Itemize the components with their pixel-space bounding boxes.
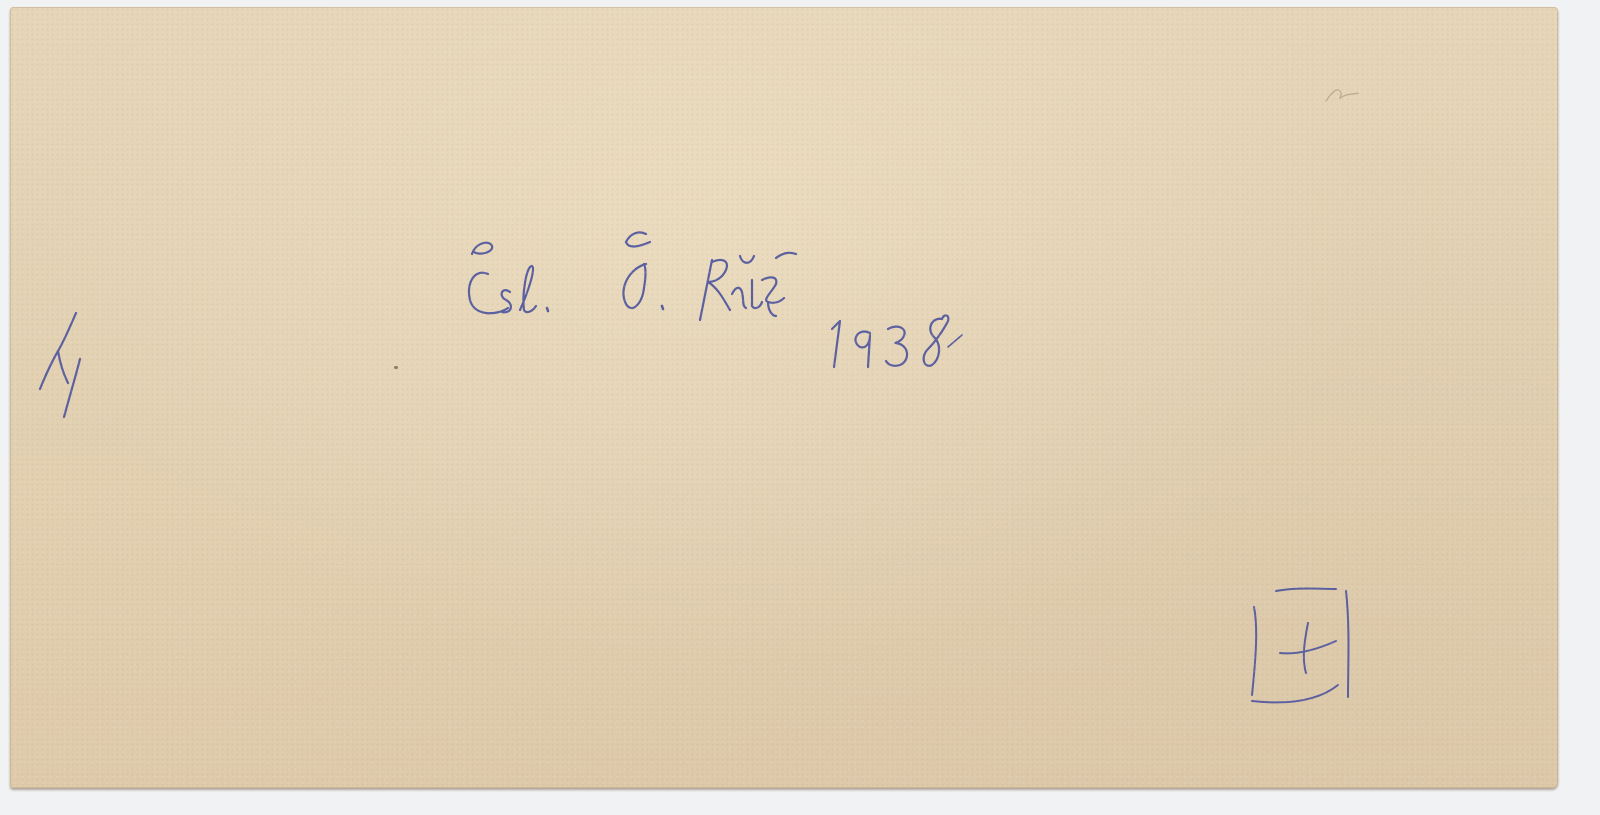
left-margin-mark: Ч [30, 305, 90, 425]
handwriting-main [450, 212, 870, 332]
faint-squiggle-mark [1322, 85, 1362, 105]
handwriting-year [822, 307, 972, 377]
main-inscription: Čsl. Č. Kříž [450, 212, 870, 332]
handwriting-left-mark [30, 305, 90, 425]
handwriting-boxed-plus [1238, 577, 1358, 707]
paper-speck [394, 366, 398, 369]
boxed-plus-mark: + [1238, 577, 1358, 707]
year-inscription: 1938 [822, 307, 972, 377]
photo-card-back: Čsl. Č. Kříž [10, 7, 1558, 788]
